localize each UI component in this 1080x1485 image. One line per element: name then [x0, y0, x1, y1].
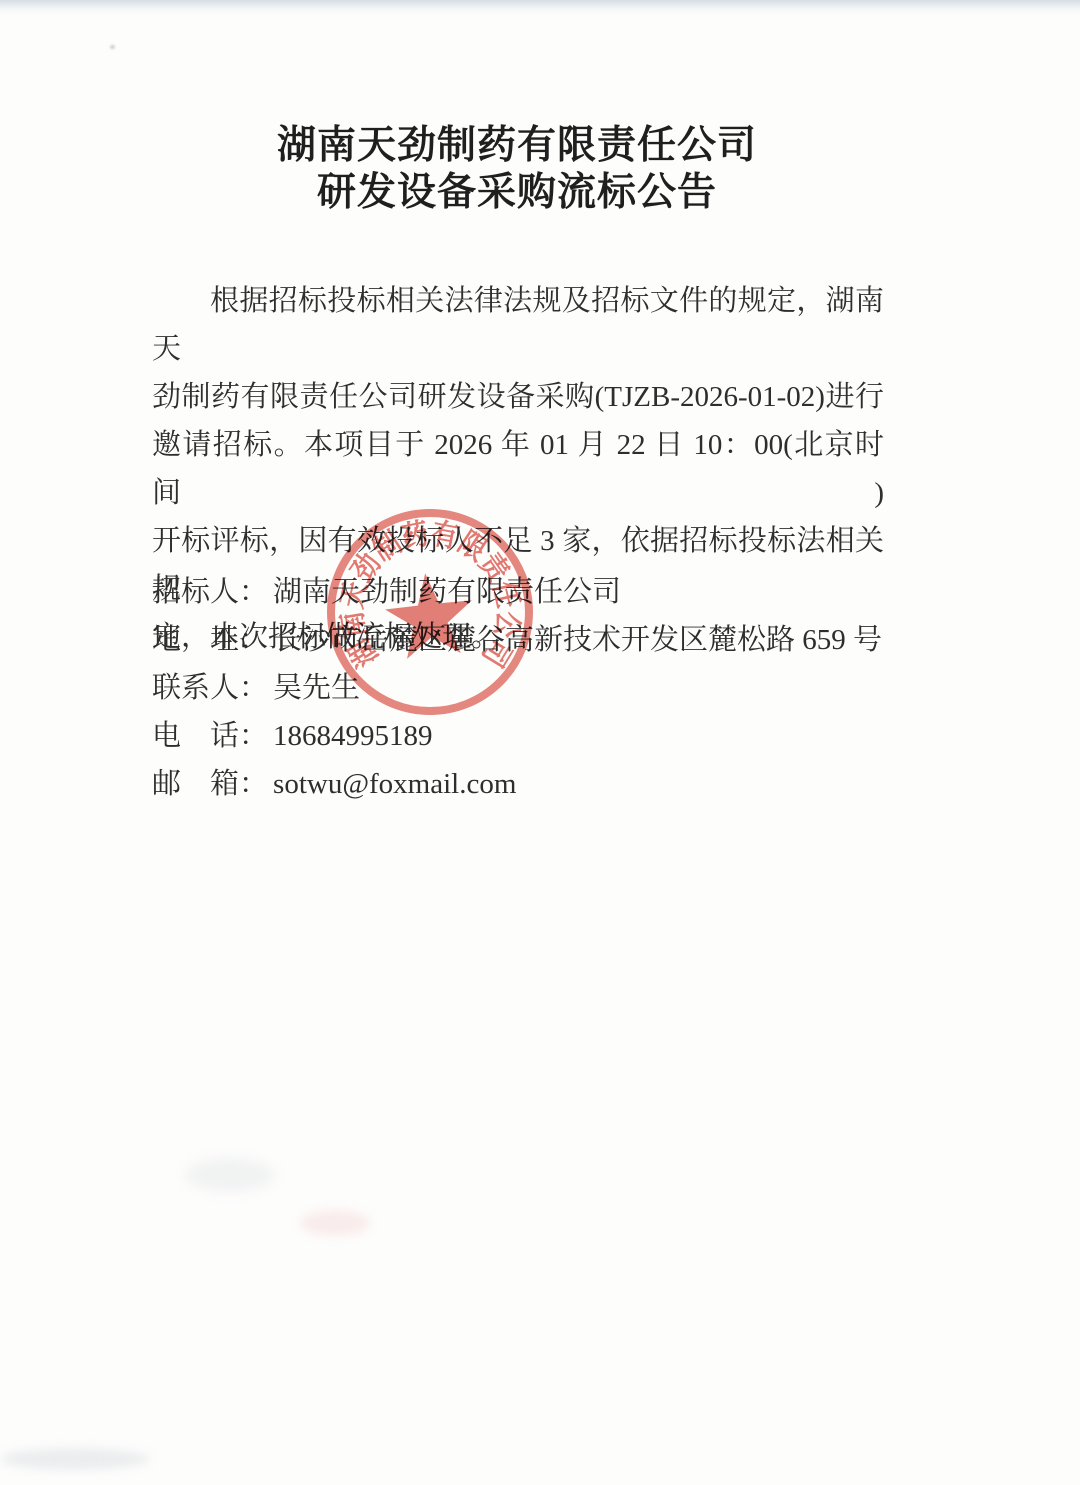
- label-colon: ：: [239, 720, 268, 752]
- phone-label: 电 话: [152, 720, 239, 752]
- contact-person-label: 联系人: [152, 672, 239, 704]
- paragraph-line: 邀请招标。本项目于 2026 年 01 月 22 日 10：00(北京时间): [152, 421, 884, 517]
- scan-smudge: [185, 1158, 275, 1192]
- email-label: 邮 箱: [152, 768, 239, 800]
- contact-person-row: 联系人：吴先生: [152, 664, 882, 712]
- document-title: 湖南天劲制药有限责任公司 研发设备采购流标公告: [152, 122, 882, 216]
- tenderer-value: 湖南天劲制药有限责任公司: [273, 576, 621, 608]
- phone-row: 电 话：18684995189: [152, 712, 882, 760]
- tenderer-row: 招标人：湖南天劲制药有限责任公司: [152, 568, 882, 616]
- scan-smudge: [300, 1210, 370, 1236]
- label-colon: ：: [239, 624, 268, 656]
- scan-smudge: [0, 1448, 150, 1470]
- title-line-company: 湖南天劲制药有限责任公司: [152, 122, 882, 169]
- paragraph-line: 根据招标投标相关法律法规及招标文件的规定，湖南天: [152, 277, 884, 373]
- scan-speck: [110, 45, 115, 49]
- address-row: 地 址：长沙市岳麓区麓谷高新技术开发区麓松路 659 号: [152, 616, 882, 664]
- label-colon: ：: [239, 768, 268, 800]
- title-line-subject: 研发设备采购流标公告: [152, 169, 882, 216]
- scan-edge-artifact: [0, 0, 1080, 16]
- email-value: sotwu@foxmail.com: [273, 768, 516, 800]
- contact-person-value: 吴先生: [273, 672, 360, 704]
- email-row: 邮 箱：sotwu@foxmail.com: [152, 760, 882, 808]
- label-colon: ：: [239, 576, 268, 608]
- address-label: 地 址: [152, 624, 239, 656]
- address-value: 长沙市岳麓区麓谷高新技术开发区麓松路 659 号: [273, 624, 882, 656]
- document-page: 湖南天劲制药有限责任公司 研发设备采购流标公告 根据招标投标相关法律法规及招标文…: [0, 0, 1080, 1485]
- tenderer-label: 招标人: [152, 576, 239, 608]
- paragraph-line: 劲制药有限责任公司研发设备采购(TJZB-2026-01-02)进行: [152, 373, 884, 421]
- phone-value: 18684995189: [273, 720, 433, 752]
- label-colon: ：: [239, 672, 268, 704]
- contact-info-block: 招标人：湖南天劲制药有限责任公司 地 址：长沙市岳麓区麓谷高新技术开发区麓松路 …: [152, 568, 882, 808]
